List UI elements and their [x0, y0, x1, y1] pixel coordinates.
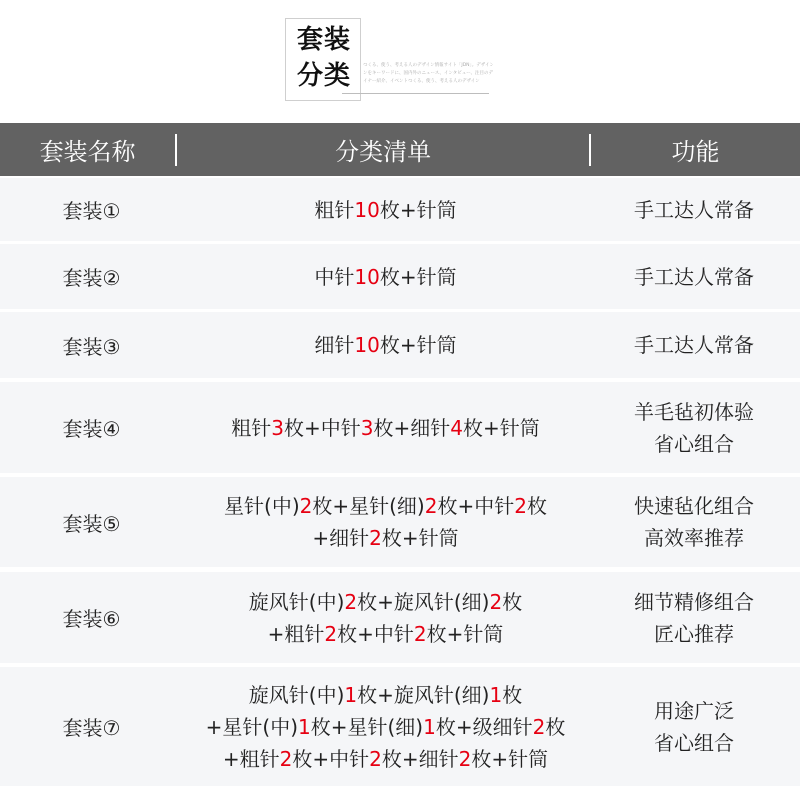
table-row: 套装①粗针10枚+针筒手工达人常备: [0, 178, 800, 241]
table-row: 套装⑤星针(中)2枚+星针(细)2枚+中针2枚+细针2枚+针筒快速毡化组合高效率…: [0, 477, 800, 567]
set-name-cell: 套装④: [0, 413, 183, 442]
list-text: 枚+星针(细): [311, 715, 423, 739]
list-text: 枚+中针: [292, 747, 369, 771]
function-cell: 用途广泛省心组合: [588, 695, 800, 759]
quantity-highlight: 3: [361, 416, 374, 440]
set-name-cell: 套装⑦: [0, 712, 183, 741]
list-cell: 星针(中)2枚+星针(细)2枚+中针2枚+细针2枚+针筒: [183, 490, 588, 554]
decorative-underline: [342, 93, 489, 94]
quantity-highlight: 10: [354, 198, 379, 222]
function-line: 细节精修组合: [588, 586, 800, 618]
decorative-text: つくる、使う、考える人のデザイン情報サイト「JDN」。デザインをキーワードに、 …: [363, 62, 493, 86]
quantity-highlight: 2: [369, 747, 382, 771]
set-name-cell: 套装②: [0, 262, 183, 291]
section-title: 套装 分类: [297, 22, 357, 94]
table-row: 套装④粗针3枚+中针3枚+细针4枚+针筒羊毛毡初体验省心组合: [0, 382, 800, 473]
list-text: 枚+星针(细): [312, 494, 424, 518]
list-line: +细针2枚+针筒: [183, 522, 588, 554]
list-text: 枚+针筒: [471, 747, 548, 771]
function-line: 省心组合: [588, 727, 800, 759]
quantity-highlight: 2: [280, 747, 293, 771]
quantity-highlight: 2: [414, 622, 427, 646]
list-line: 星针(中)2枚+星针(细)2枚+中针2枚: [183, 490, 588, 522]
list-text: 旋风针(中): [249, 683, 345, 707]
list-text: 枚+针筒: [463, 416, 540, 440]
list-line: 中针10枚+针筒: [183, 261, 588, 293]
quantity-highlight: 1: [423, 715, 436, 739]
list-text: 旋风针(中): [249, 590, 345, 614]
function-cell: 手工达人常备: [588, 261, 800, 293]
list-line: 细针10枚+针筒: [183, 329, 588, 361]
quantity-highlight: 10: [354, 333, 379, 357]
function-line: 用途广泛: [588, 695, 800, 727]
table-row: 套装⑦旋风针(中)1枚+旋风针(细)1枚+星针(中)1枚+星针(细)1枚+级细针…: [0, 667, 800, 786]
list-text: 枚+针筒: [427, 622, 504, 646]
set-name-cell: 套装③: [0, 331, 183, 360]
header-list: 分类清单: [177, 132, 589, 167]
list-text: 枚+旋风针(细): [357, 683, 489, 707]
list-text: 枚+中针: [437, 494, 514, 518]
function-line: 手工达人常备: [588, 329, 800, 361]
list-text: 粗针: [314, 198, 354, 222]
list-text: 枚+细针: [373, 416, 450, 440]
quantity-highlight: 1: [298, 715, 311, 739]
function-line: 手工达人常备: [588, 261, 800, 293]
list-cell: 旋风针(中)2枚+旋风针(细)2枚+粗针2枚+中针2枚+针筒: [183, 586, 588, 650]
function-line: 省心组合: [588, 428, 800, 460]
decorative-text-line: イナー紹介、イベントつくる、使う、考える人のデザイン: [363, 78, 493, 86]
list-text: 枚: [527, 494, 547, 518]
quantity-highlight: 2: [425, 494, 438, 518]
list-text: 枚+级细针: [436, 715, 533, 739]
function-cell: 快速毡化组合高效率推荐: [588, 490, 800, 554]
list-text: 中针: [314, 265, 354, 289]
list-text: 枚+针筒: [380, 198, 457, 222]
decorative-text-line: ンをキーワードに、国内外のニュース、インタビュー、注目のデザのニュース、イ: [363, 70, 493, 78]
list-text: +细针: [312, 526, 369, 550]
quantity-highlight: 2: [489, 590, 502, 614]
list-text: 枚+针筒: [382, 526, 459, 550]
header-function: 功能: [591, 132, 800, 167]
title-line-1: 套装: [297, 22, 357, 58]
list-text: +粗针: [268, 622, 325, 646]
list-text: +星针(中): [206, 715, 298, 739]
list-line: +星针(中)1枚+星针(细)1枚+级细针2枚: [183, 711, 588, 743]
quantity-highlight: 2: [514, 494, 527, 518]
list-text: 星针(中): [224, 494, 300, 518]
quantity-highlight: 2: [533, 715, 546, 739]
function-cell: 手工达人常备: [588, 194, 800, 226]
list-cell: 旋风针(中)1枚+旋风针(细)1枚+星针(中)1枚+星针(细)1枚+级细针2枚+…: [183, 679, 588, 775]
list-cell: 细针10枚+针筒: [183, 329, 588, 361]
list-cell: 粗针3枚+中针3枚+细针4枚+针筒: [183, 412, 588, 444]
list-line: 粗针3枚+中针3枚+细针4枚+针筒: [183, 412, 588, 444]
function-line: 匠心推荐: [588, 618, 800, 650]
table-row: 套装③细针10枚+针筒手工达人常备: [0, 312, 800, 378]
title-line-2: 分类: [297, 58, 357, 94]
function-line: 高效率推荐: [588, 522, 800, 554]
function-cell: 羊毛毡初体验省心组合: [588, 396, 800, 460]
quantity-highlight: 2: [344, 590, 357, 614]
list-text: 枚: [502, 683, 522, 707]
list-text: 枚+针筒: [380, 333, 457, 357]
list-cell: 中针10枚+针筒: [183, 261, 588, 293]
function-line: 快速毡化组合: [588, 490, 800, 522]
function-cell: 细节精修组合匠心推荐: [588, 586, 800, 650]
set-name-cell: 套装①: [0, 195, 183, 224]
table-header: 套装名称 分类清单 功能: [0, 123, 800, 176]
decorative-text-line: つくる、使う、考える人のデザイン情報サイト「JDN」。デザインをキーワードに、: [363, 62, 493, 70]
quantity-highlight: 2: [459, 747, 472, 771]
list-line: +粗针2枚+中针2枚+针筒: [183, 618, 588, 650]
list-text: +粗针: [223, 747, 280, 771]
list-text: 枚+中针: [284, 416, 361, 440]
table-row: 套装②中针10枚+针筒手工达人常备: [0, 244, 800, 309]
list-line: 粗针10枚+针筒: [183, 194, 588, 226]
function-cell: 手工达人常备: [588, 329, 800, 361]
table-row: 套装⑥旋风针(中)2枚+旋风针(细)2枚+粗针2枚+中针2枚+针筒细节精修组合匠…: [0, 572, 800, 663]
list-line: +粗针2枚+中针2枚+细针2枚+针筒: [183, 743, 588, 775]
quantity-highlight: 4: [450, 416, 463, 440]
list-text: 枚: [545, 715, 565, 739]
quantity-highlight: 2: [324, 622, 337, 646]
list-text: 枚+细针: [382, 747, 459, 771]
function-line: 羊毛毡初体验: [588, 396, 800, 428]
quantity-highlight: 1: [344, 683, 357, 707]
quantity-highlight: 2: [369, 526, 382, 550]
list-text: 枚+中针: [337, 622, 414, 646]
list-line: 旋风针(中)1枚+旋风针(细)1枚: [183, 679, 588, 711]
list-text: 枚+针筒: [380, 265, 457, 289]
list-cell: 粗针10枚+针筒: [183, 194, 588, 226]
quantity-highlight: 1: [489, 683, 502, 707]
list-text: 枚: [502, 590, 522, 614]
list-text: 细针: [314, 333, 354, 357]
header-set-name: 套装名称: [0, 132, 175, 167]
list-line: 旋风针(中)2枚+旋风针(细)2枚: [183, 586, 588, 618]
quantity-highlight: 2: [300, 494, 313, 518]
function-line: 手工达人常备: [588, 194, 800, 226]
quantity-highlight: 3: [271, 416, 284, 440]
quantity-highlight: 10: [354, 265, 379, 289]
set-name-cell: 套装⑥: [0, 603, 183, 632]
set-name-cell: 套装⑤: [0, 508, 183, 537]
list-text: 粗针: [231, 416, 271, 440]
list-text: 枚+旋风针(细): [357, 590, 489, 614]
